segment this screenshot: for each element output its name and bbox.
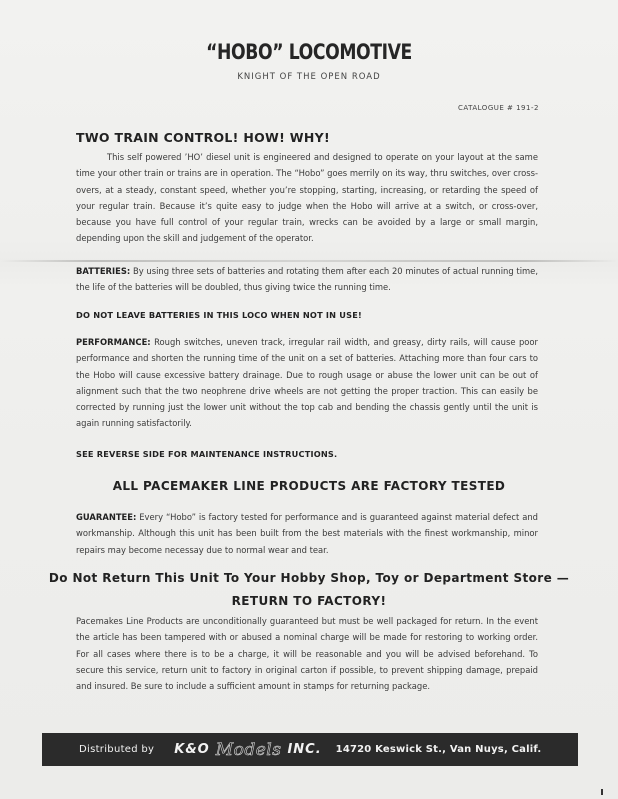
- section-heading-two-train-control: TWO TRAIN CONTROL! HOW! WHY!: [76, 130, 330, 145]
- brand-ko-logo: K&O: [174, 742, 209, 757]
- performance-text: Rough switches, uneven track, irregular …: [76, 337, 538, 428]
- document-subtitle: KNIGHT OF THE OPEN ROAD: [0, 72, 618, 82]
- scan-edge-mark: [601, 789, 603, 795]
- brand-models-script-logo: Models: [216, 740, 282, 760]
- see-reverse-notice: SEE REVERSE SIDE FOR MAINTENANCE INSTRUC…: [76, 449, 337, 459]
- distributor-address: 14720 Keswick St., Van Nuys, Calif.: [336, 744, 542, 755]
- catalogue-number: CATALOGUE # 191-2: [458, 104, 539, 112]
- performance-label: PERFORMANCE:: [76, 337, 151, 347]
- distributor-footer-bar: Distributed by K&O Models INC. 14720 Kes…: [42, 733, 578, 766]
- batteries-text: By using three sets of batteries and rot…: [76, 266, 538, 292]
- guarantee-text: Every “Hobo” is factory tested for perfo…: [76, 512, 538, 555]
- paragraph-performance: PERFORMANCE: Rough switches, uneven trac…: [76, 334, 538, 432]
- paragraph-batteries: BATTERIES: By using three sets of batter…: [76, 263, 538, 296]
- do-not-return-heading: Do Not Return This Unit To Your Hobby Sh…: [0, 571, 618, 585]
- document-page: “HOBO” LOCOMOTIVE KNIGHT OF THE OPEN ROA…: [0, 0, 618, 799]
- guarantee-label: GUARANTEE:: [76, 512, 136, 522]
- factory-tested-heading: ALL PACEMAKER LINE PRODUCTS ARE FACTORY …: [0, 479, 618, 493]
- paragraph-return-policy: Pacemakes Line Products are unconditiona…: [76, 613, 538, 694]
- batteries-label: BATTERIES:: [76, 266, 130, 276]
- battery-warning: DO NOT LEAVE BATTERIES IN THIS LOCO WHEN…: [76, 310, 362, 320]
- document-title: “HOBO” LOCOMOTIVE: [56, 40, 563, 64]
- brand-inc-logo: INC.: [287, 742, 321, 757]
- paragraph-two-train-control: This self powered ’HO’ diesel unit is en…: [76, 149, 538, 247]
- paragraph-guarantee: GUARANTEE: Every “Hobo” is factory teste…: [76, 509, 538, 558]
- paper-fold-line: [0, 260, 618, 262]
- return-to-factory-heading: RETURN TO FACTORY!: [0, 594, 618, 608]
- distributed-by-label: Distributed by: [79, 744, 154, 755]
